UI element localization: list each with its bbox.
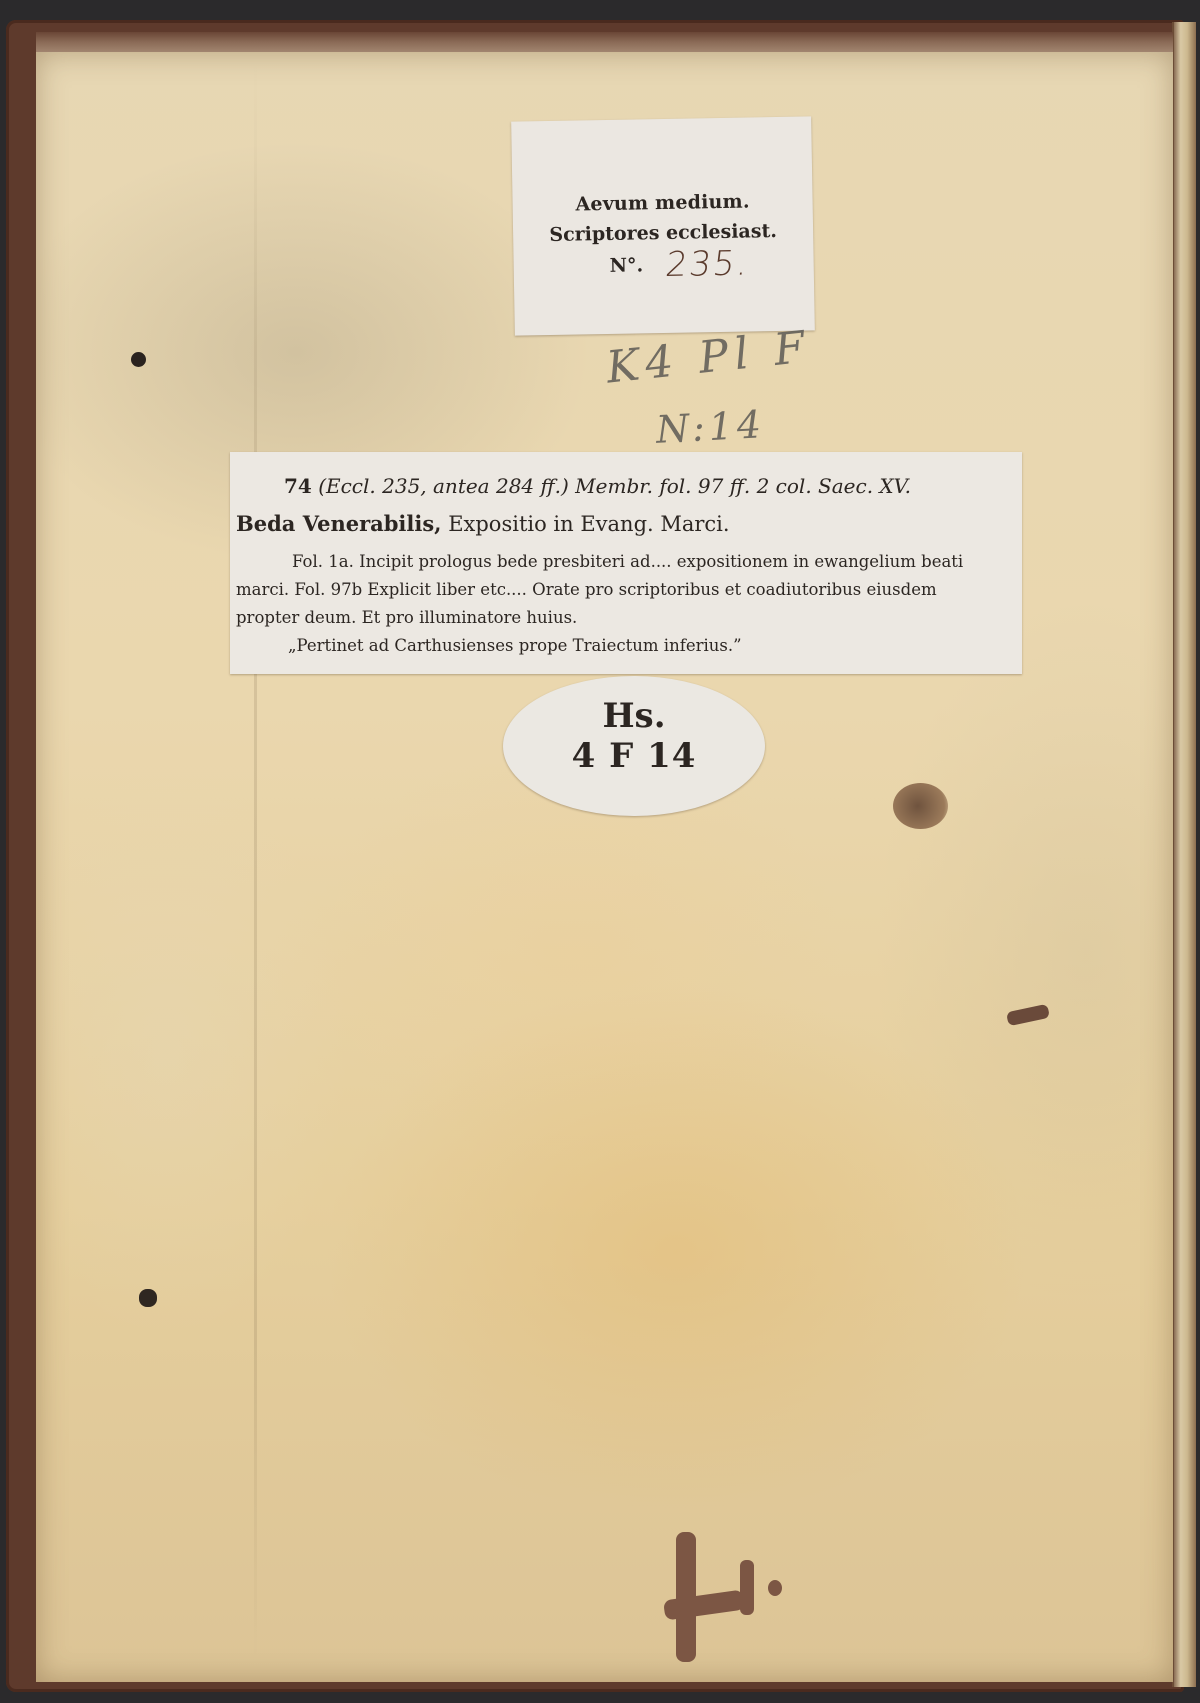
catalogue-number: 74 — [284, 474, 312, 498]
catalogue-title-line: Beda Venerabilis, Expositio in Evang. Ma… — [236, 511, 1022, 536]
ink-dot-lower — [139, 1289, 157, 1307]
catalogue-author: Beda Venerabilis, — [236, 511, 442, 536]
collection-label-number-prefix: N°. — [609, 254, 643, 277]
book-spine-edge — [1172, 22, 1196, 1687]
catalogue-title: Expositio in Evang. Marci. — [448, 512, 729, 536]
shelfmark-oval-label: Hs. 4 F 14 — [503, 676, 765, 816]
collection-label-number: 235. — [663, 243, 752, 285]
pencil-shelfmark-line2: N:14 — [655, 402, 766, 452]
collection-label: Aevum medium. Scriptores ecclesiast. N°.… — [511, 116, 815, 335]
bottom-stain-part — [740, 1560, 754, 1615]
catalogue-description-line: marci. Fol. 97b Explicit liber etc.... O… — [236, 580, 1022, 599]
catalogue-description-line: propter deum. Et pro illuminatore huius. — [236, 608, 1022, 627]
shelfmark-number: 4 F 14 — [503, 736, 765, 776]
bottom-stain-part — [768, 1580, 782, 1596]
catalogue-header: 74 (Eccl. 235, antea 284 ff.) Membr. fol… — [284, 474, 1022, 498]
shelfmark-prefix: Hs. — [503, 696, 765, 736]
catalogue-physical-description: (Eccl. 235, antea 284 ff.) Membr. fol. 9… — [318, 474, 911, 498]
catalogue-provenance: „Pertinet ad Carthusienses prope Traiect… — [288, 636, 1022, 655]
catalogue-description-line: Fol. 1a. Incipit prologus bede presbiter… — [292, 552, 1022, 571]
binding-top-edge — [36, 32, 1173, 54]
catalogue-label: 74 (Eccl. 235, antea 284 ff.) Membr. fol… — [230, 452, 1022, 674]
page-fold-line — [254, 60, 257, 1660]
collection-label-line2: Scriptores ecclesiast. — [513, 219, 813, 246]
brown-spot — [893, 783, 948, 829]
ink-dot-upper — [131, 352, 146, 367]
collection-label-line1: Aevum medium. — [512, 189, 812, 216]
